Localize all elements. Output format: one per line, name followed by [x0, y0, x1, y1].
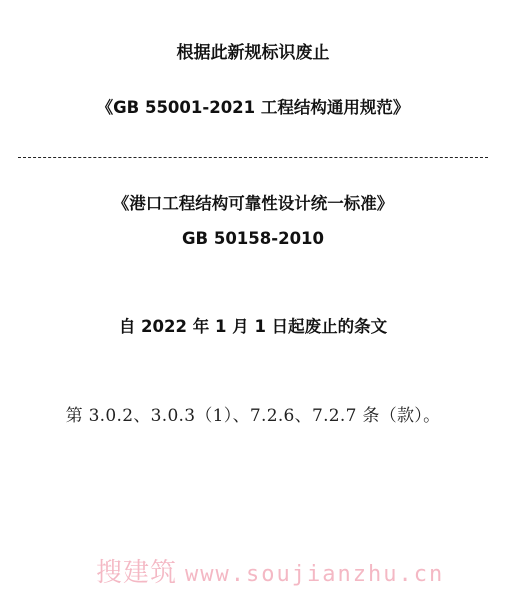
heading: 根据此新规标识废止	[0, 38, 506, 63]
old-standard-code: GB 50158-2010	[0, 229, 506, 248]
watermark-brand: 搜建筑	[96, 558, 177, 588]
separator-dashed-line	[18, 157, 488, 158]
new-standard-title: 《GB 55001-2021 工程结构通用规范》	[0, 94, 506, 118]
effective-statement: 自 2022 年 1 月 1 日起废止的条文	[0, 313, 506, 337]
abolished-clauses: 第 3.0.2、3.0.3（1）、7.2.6、7.2.7 条（款）。	[0, 401, 506, 426]
watermark: 搜建筑www.soujianzhu.cn	[96, 552, 444, 589]
watermark-url: www.soujianzhu.cn	[185, 562, 444, 587]
old-standard-title: 《港口工程结构可靠性设计统一标准》	[0, 190, 506, 214]
